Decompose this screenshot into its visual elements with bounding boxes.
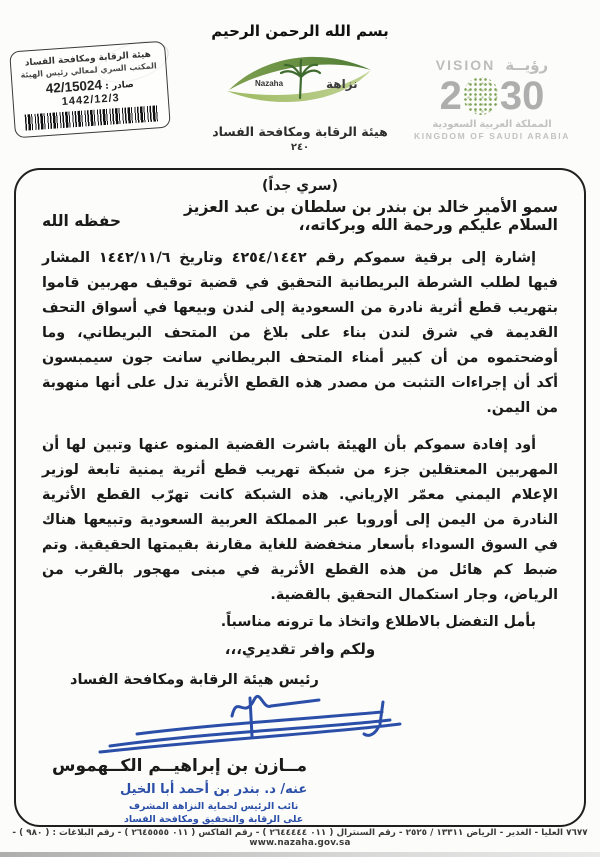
deputy-title-1: نائب الرئيس لحماية النزاهة المشرف [120,801,307,814]
signer-name: مــازن بن إبراهيــم الكــهموس [52,756,307,776]
deputy-name: عنه/ د. بندر بن أحمد أبا الخيل [120,782,307,797]
deputy-stamp: عنه/ د. بندر بن أحمد أبا الخيل نائب الرئ… [120,782,307,826]
signature-scribble [82,684,422,754]
bismillah-calligraphy: بسم الله الرحمن الرحيم [190,22,410,40]
blessing-label: حفظه الله [42,198,121,230]
scanned-letter-page: { "header": { "stamp": { "org": "هيئة ال… [0,0,600,857]
classification-label: (سري جداً) [42,178,558,194]
paragraph-2: أود إفادة سموكم بأن الهيئة باشرت القضية … [42,433,558,608]
addressee-row: حفظه الله سمو الأمير خالد بن بندر بن سلط… [42,198,558,216]
regards-line: ولكم وافر تقديري،،، [42,640,558,658]
vision-year-prefix: 2 [440,76,462,116]
letter-body-box: (سري جداً) حفظه الله سمو الأمير خالد بن … [14,168,586,827]
vision-country-en: KINGDOM OF SAUDI ARABIA [398,131,586,141]
footer-contact: ٧٦٧٧ العليا - الغدير - الرياض ١٣٣١١ / ٢٥… [0,828,600,848]
vision-country-ar: المملكة العربية السعودية [398,119,586,130]
nazaha-name-ar: نزاهة [326,77,358,91]
addressee-name: سمو الأمير خالد بن بندر بن سلطان بن عبد … [184,198,558,216]
deputy-title-2: على الرقابة والتحقيق ومكافحة الفساد [120,814,307,827]
paragraph-1: إشارة إلى برقية سموكم رقم ٤٢٥٤/١٤٤٢ وتار… [42,246,558,421]
doc-number: ٢٤٠ [291,142,309,153]
page-header: هيئة الرقابة ومكافحة الفساد المكتب السري… [0,0,600,168]
signature-block: رئيس هيئة الرقابة ومكافحة الفساد مــازن … [42,664,558,827]
closing-line: بأمل التفضل بالاطلاع واتخاذ ما ترونه منا… [42,614,558,630]
vision-year-suffix: 30 [500,76,545,116]
vision-emblem-dots-icon [463,77,499,115]
vision-word-ar: رؤيــة [505,56,548,74]
vision-year: 2 30 [398,76,586,116]
page-bottom-shadow [0,852,600,857]
vision-2030-logo: VISION رؤيــة 2 30 المملكة العربية السعو… [398,56,586,141]
org-name: هيئة الرقابة ومكافحة الفساد [212,124,387,139]
registry-stamp: هيئة الرقابة ومكافحة الفساد المكتب السري… [9,41,171,139]
nazaha-eye-icon: نزاهة Nazaha [221,44,379,118]
vision-wordmark: VISION رؤيــة [398,56,586,74]
stamp-ref-label: صادر : [105,80,134,92]
vision-word-en: VISION [436,57,495,73]
nazaha-name-en: Nazaha [255,79,284,88]
